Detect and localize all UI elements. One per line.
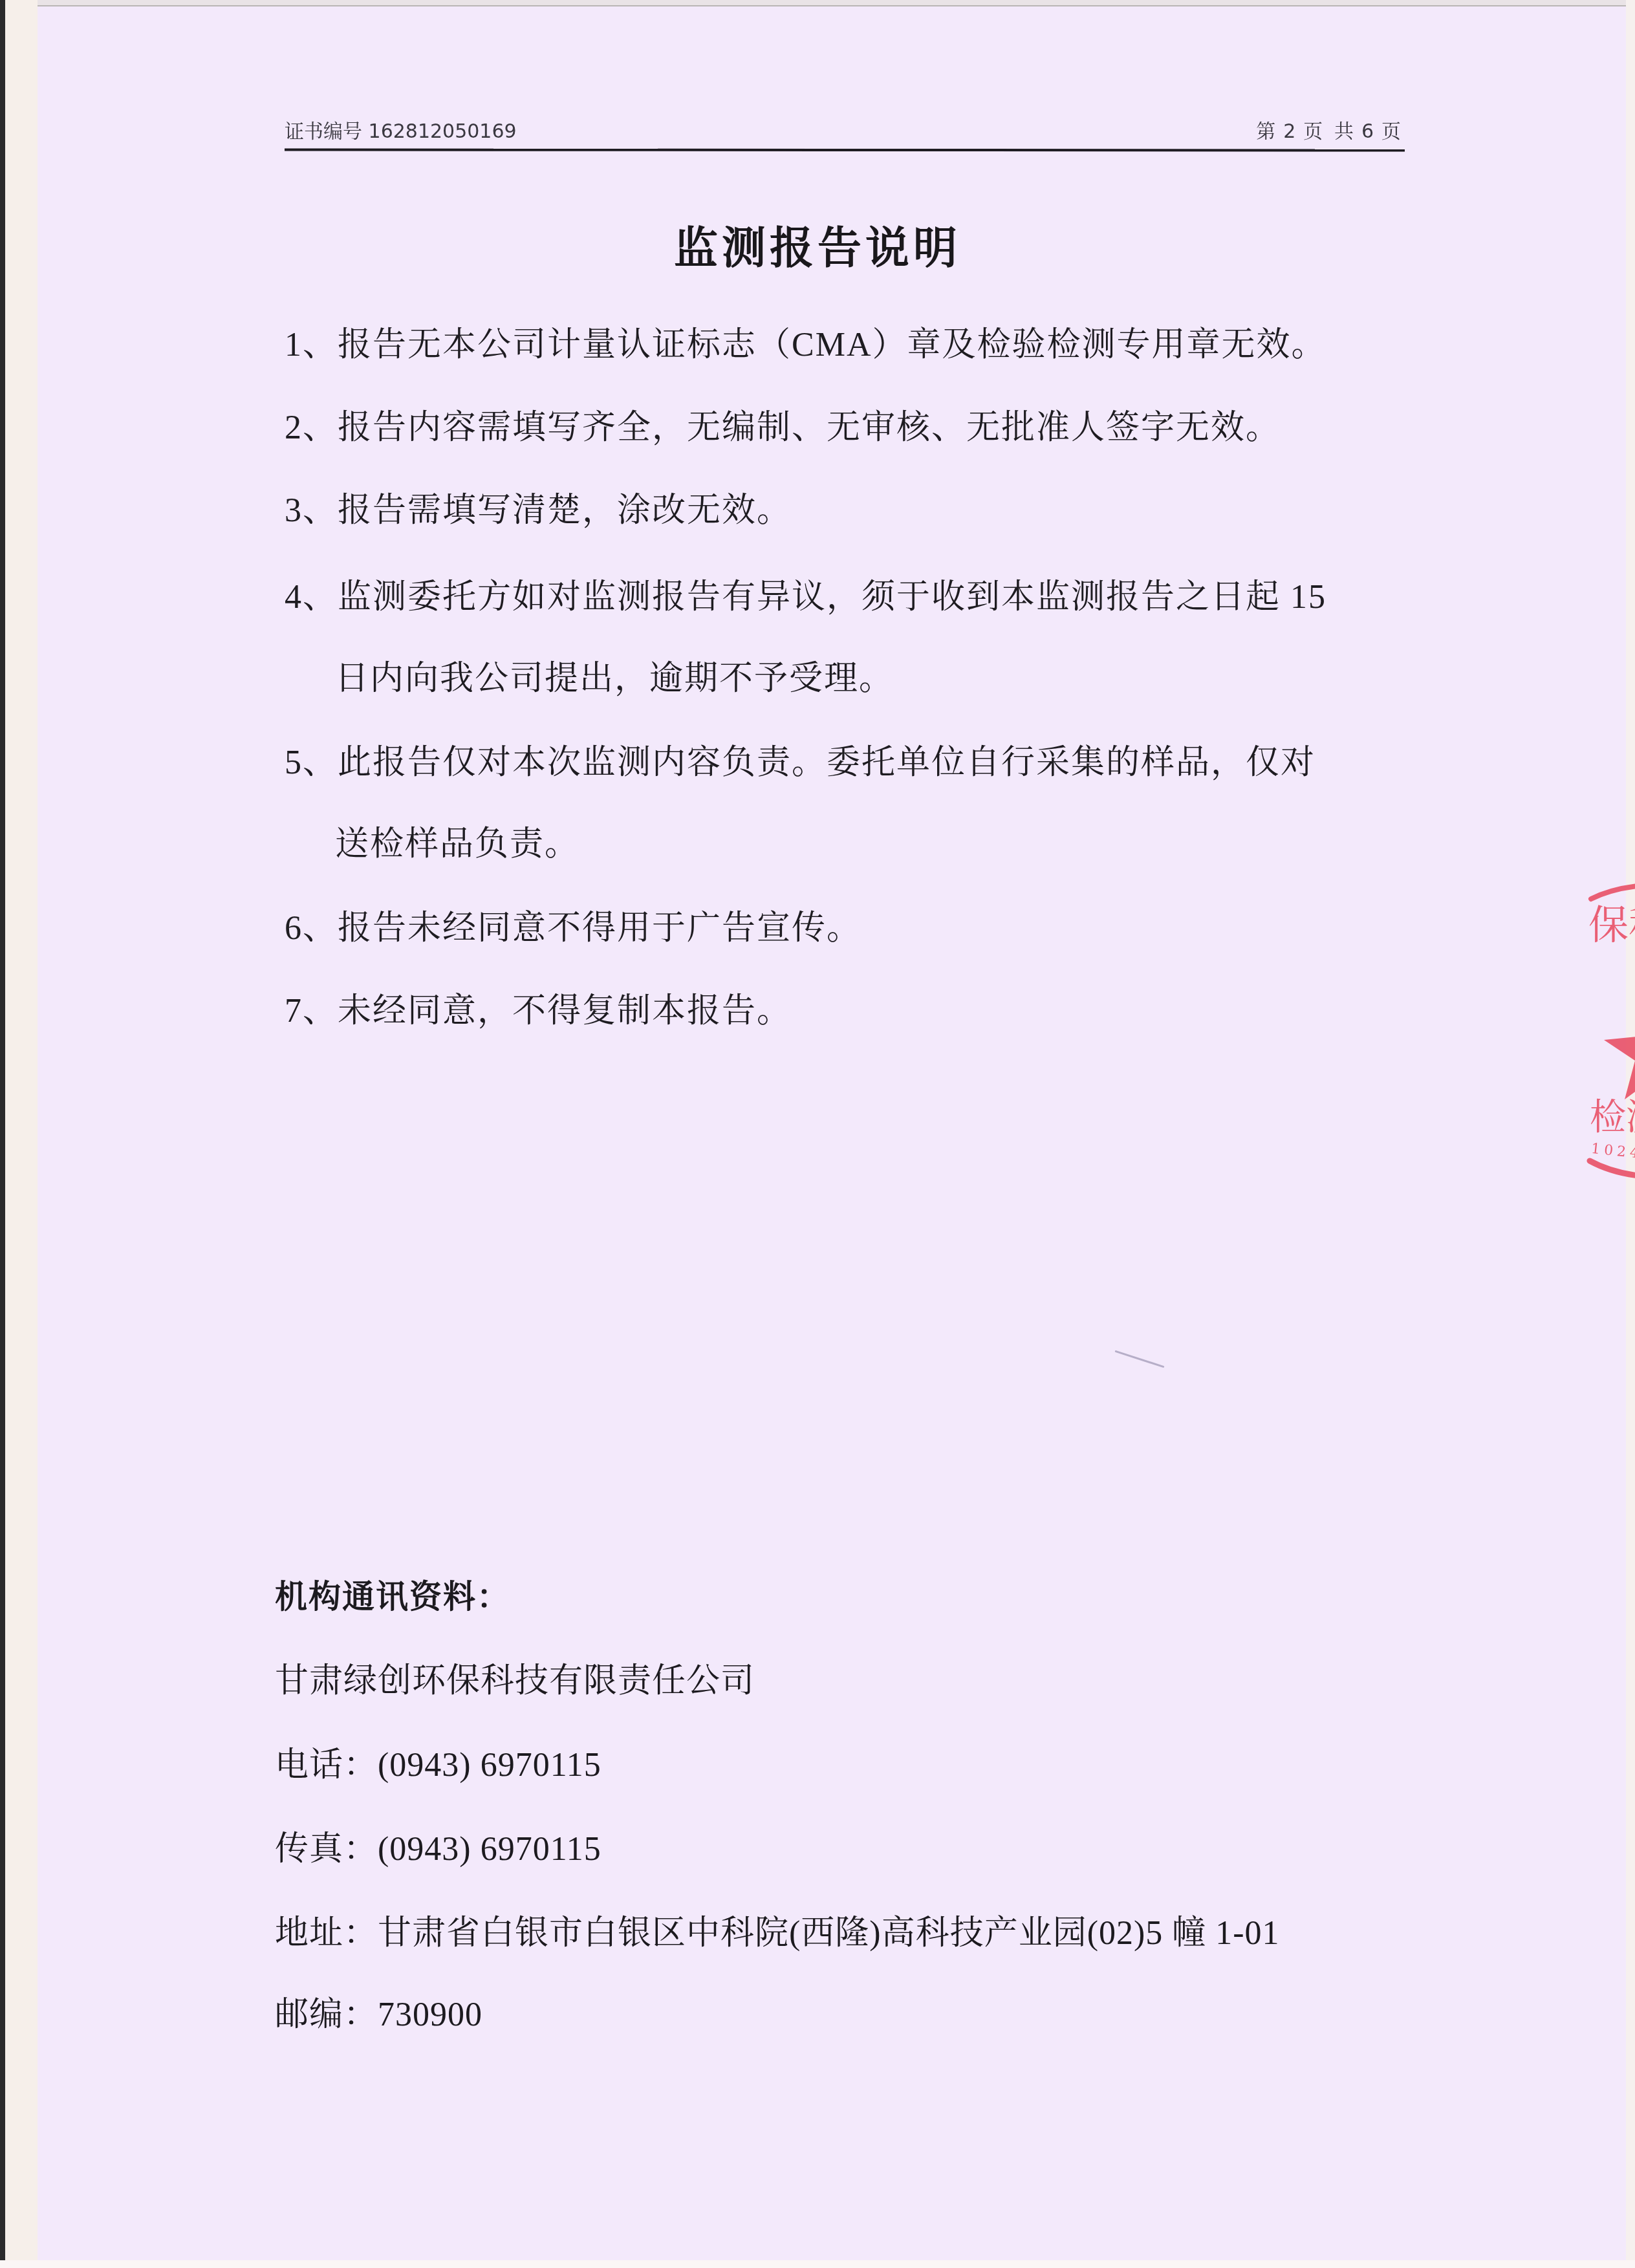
contact-heading: 机构通讯资料： xyxy=(275,1581,510,1613)
certificate-value: 162812050169 xyxy=(369,120,517,143)
note-text: 报告无本公司计量认证标志（CMA）章及检验检测专用章无效。 xyxy=(338,327,1326,363)
note-text: 报告内容需填写齐全，无编制、无审核、无批准人签字无效。 xyxy=(338,409,1281,446)
fax-line: 传真：(0943) 6970115 xyxy=(275,1833,601,1866)
phone-line: 电话：(0943) 6970115 xyxy=(275,1749,601,1782)
zip-line: 邮编：730900 xyxy=(275,1998,482,2032)
note-item-1: 1、报告无本公司计量认证标志（CMA）章及检验检测专用章无效。 xyxy=(285,329,1326,362)
page-suffix: 页 xyxy=(1381,120,1401,143)
page-header: 证书编号 162812050169 第2页 共6页 xyxy=(285,115,1405,147)
scan-edge-top xyxy=(38,0,1635,6)
note-item-6: 6、报告未经同意不得用于广告宣传。 xyxy=(285,912,861,945)
seal-text-top: 保科 xyxy=(1588,905,1635,945)
seal-text-bottom: 检测 xyxy=(1590,1099,1635,1136)
phone-label: 电话： xyxy=(275,1747,378,1784)
note-number: 2、 xyxy=(285,409,338,446)
note-item-7: 7、未经同意，不得复制本报告。 xyxy=(285,995,792,1028)
note-text: 报告需填写清楚，涂改无效。 xyxy=(338,492,792,529)
note-number: 1、 xyxy=(285,327,338,363)
note-number: 3、 xyxy=(285,492,338,529)
company-name: 甘肃绿创环保科技有限责任公司 xyxy=(275,1665,755,1698)
address-line: 地址：甘肃省白银市白银区中科院(西隆)高科技产业园(02)5 幢 1-01 xyxy=(275,1917,1280,1950)
scan-margin-left xyxy=(5,0,38,2268)
note-item-4-continuation: 日内向我公司提出，逾期不予受理。 xyxy=(335,662,894,696)
certificate-number: 证书编号 162812050169 xyxy=(285,115,517,144)
page-indicator: 第2页 共6页 xyxy=(1252,115,1405,144)
address-label: 地址： xyxy=(275,1915,378,1952)
zip-label: 邮编： xyxy=(275,1996,378,2033)
note-item-5-continuation: 送检样品负责。 xyxy=(335,828,579,861)
note-item-3: 3、报告需填写清楚，涂改无效。 xyxy=(285,494,792,528)
seal-star-icon xyxy=(1604,1009,1635,1099)
fax-label: 传真： xyxy=(275,1831,378,1868)
note-item-5: 5、此报告仅对本次监测内容负责。委托单位自行采集的样品，仅对 xyxy=(285,746,1316,780)
page-prefix: 第 xyxy=(1256,120,1275,143)
note-text: 报告未经同意不得用于广告宣传。 xyxy=(338,910,861,947)
note-text: 监测委托方如对监测报告有异议，须于收到本监测报告之日起 15 xyxy=(338,579,1326,616)
page-title: 监测报告说明 xyxy=(0,213,1635,276)
note-item-4: 4、监测委托方如对监测报告有异议，须于收到本监测报告之日起 15 xyxy=(285,581,1326,614)
header-divider xyxy=(285,149,1405,152)
page-total: 6 xyxy=(1361,120,1374,143)
note-number: 7、 xyxy=(285,993,338,1030)
page-mid: 页 共 xyxy=(1303,120,1354,143)
note-number: 5、 xyxy=(285,744,338,781)
note-number: 6、 xyxy=(285,910,338,947)
address-value: 甘肃省白银市白银区中科院(西隆)高科技产业园(02)5 幢 1-01 xyxy=(378,1915,1280,1952)
page-current: 2 xyxy=(1283,120,1295,143)
company-seal: 保科 检测 1024 xyxy=(1578,867,1635,1190)
scan-margin-bottom xyxy=(0,2260,1635,2268)
scan-edge-left xyxy=(0,0,5,2268)
certificate-label: 证书编号 xyxy=(285,120,362,143)
phone-value: (0943) 6970115 xyxy=(378,1747,601,1784)
note-item-2: 2、报告内容需填写齐全，无编制、无审核、无批准人签字无效。 xyxy=(285,411,1281,445)
zip-value: 730900 xyxy=(378,1996,482,2033)
note-text: 未经同意，不得复制本报告。 xyxy=(338,993,792,1030)
note-text: 此报告仅对本次监测内容负责。委托单位自行采集的样品，仅对 xyxy=(338,744,1316,781)
scan-artifact xyxy=(1114,1350,1164,1368)
note-number: 4、 xyxy=(285,579,338,616)
fax-value: (0943) 6970115 xyxy=(378,1831,601,1868)
